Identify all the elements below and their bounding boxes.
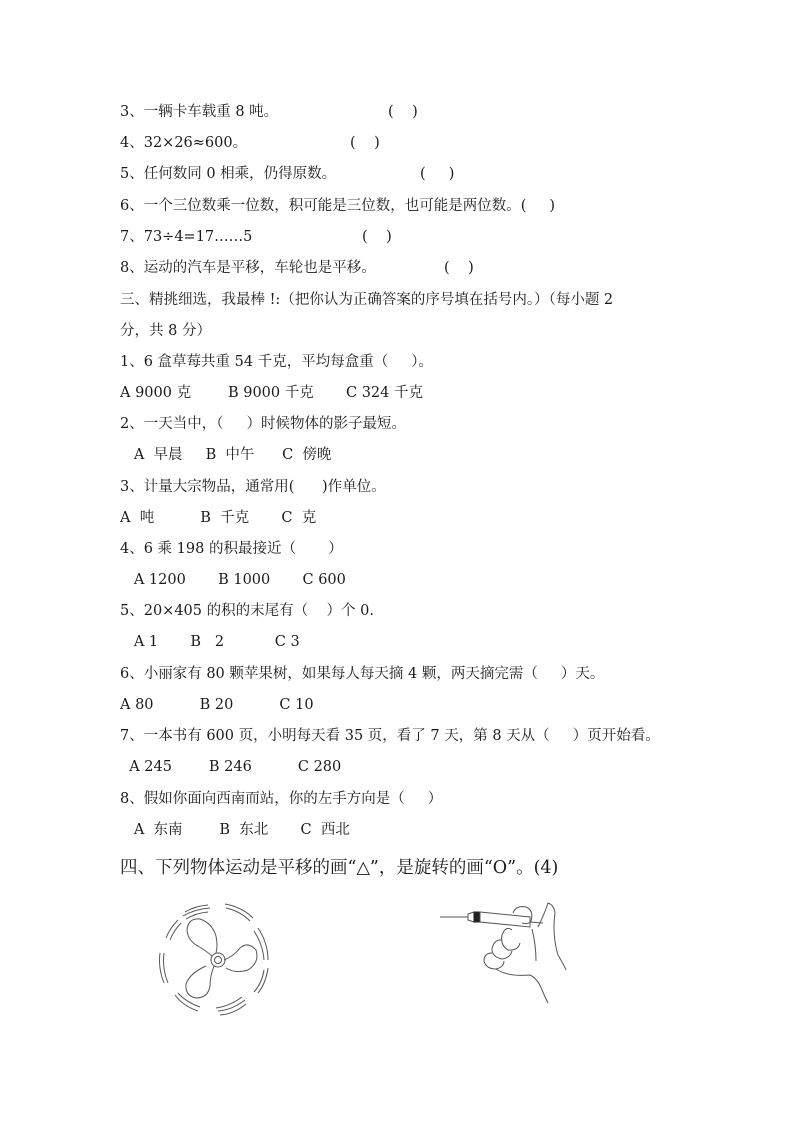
choice-options-2: A 早晨 B 中午 C 傍晚 — [120, 446, 331, 464]
choice-question-3: 3、计量大宗物品，通常用( )作单位。 — [120, 478, 386, 496]
judgement-item-8: 8、运动的汽车是平移，车轮也是平移。 — [120, 259, 376, 277]
section-4-heading: 四、下列物体运动是平移的画“△”，是旋转的画“O”。(4) — [120, 857, 558, 879]
choice-question-2: 2、一天当中，（ ）时候物体的影子最短。 — [120, 415, 406, 433]
answer-blank[interactable]: ( ) — [444, 259, 474, 277]
judgement-item-3: 3、一辆卡车载重 8 吨。 — [120, 103, 278, 121]
judgement-item-7: 7、73÷4=17……5 — [120, 228, 252, 246]
answer-blank[interactable]: ( ) — [388, 103, 418, 121]
section-3-heading-cont: 分，共 8 分） — [120, 322, 211, 340]
judgement-item-6: 6、一个三位数乘一位数，积可能是三位数，也可能是两位数。( ) — [120, 197, 555, 215]
choice-question-7: 7、一本书有 600 页，小明每天看 35 页，看了 7 天，第 8 天从（ ）… — [120, 727, 660, 745]
choice-options-1: A 9000 克 B 9000 千克 C 324 千克 — [120, 384, 423, 402]
choice-options-7: A 245 B 246 C 280 — [120, 758, 341, 776]
choice-options-8: A 东南 B 东北 C 西北 — [120, 821, 350, 839]
answer-blank[interactable]: ( ) — [350, 134, 380, 152]
section-3-heading: 三、精挑细选，我最棒 !:（把你认为正确答案的序号填在括号内。）（每小题 2 — [120, 291, 613, 309]
syringe-hand-icon — [438, 895, 573, 1005]
choice-question-1: 1、6 盒草莓共重 54 千克，平均每盒重（ ）。 — [120, 353, 433, 371]
choice-question-4: 4、6 乘 198 的积最接近（ ） — [120, 540, 343, 558]
choice-question-5: 5、20×405 的积的末尾有（ ）个 0. — [120, 602, 374, 620]
choice-question-8: 8、假如你面向西南而站，你的左手方向是（ ） — [120, 790, 442, 808]
judgement-item-4: 4、32×26≈600。 — [120, 134, 247, 152]
answer-blank[interactable]: ( ) — [420, 165, 454, 183]
choice-options-6: A 80 B 20 C 10 — [120, 696, 314, 714]
spinning-fan-icon — [150, 898, 280, 1023]
choice-options-5: A 1 B 2 C 3 — [120, 633, 300, 651]
choice-options-3: A 吨 B 千克 C 克 — [120, 509, 316, 527]
choice-options-4: A 1200 B 1000 C 600 — [120, 571, 346, 589]
judgement-item-5: 5、任何数同 0 相乘，仍得原数。 — [120, 165, 336, 183]
answer-blank[interactable]: ( ) — [362, 228, 392, 246]
choice-question-6: 6、小丽家有 80 颗苹果树，如果每人每天摘 4 颗，两天摘完需（ ）天。 — [120, 665, 604, 683]
